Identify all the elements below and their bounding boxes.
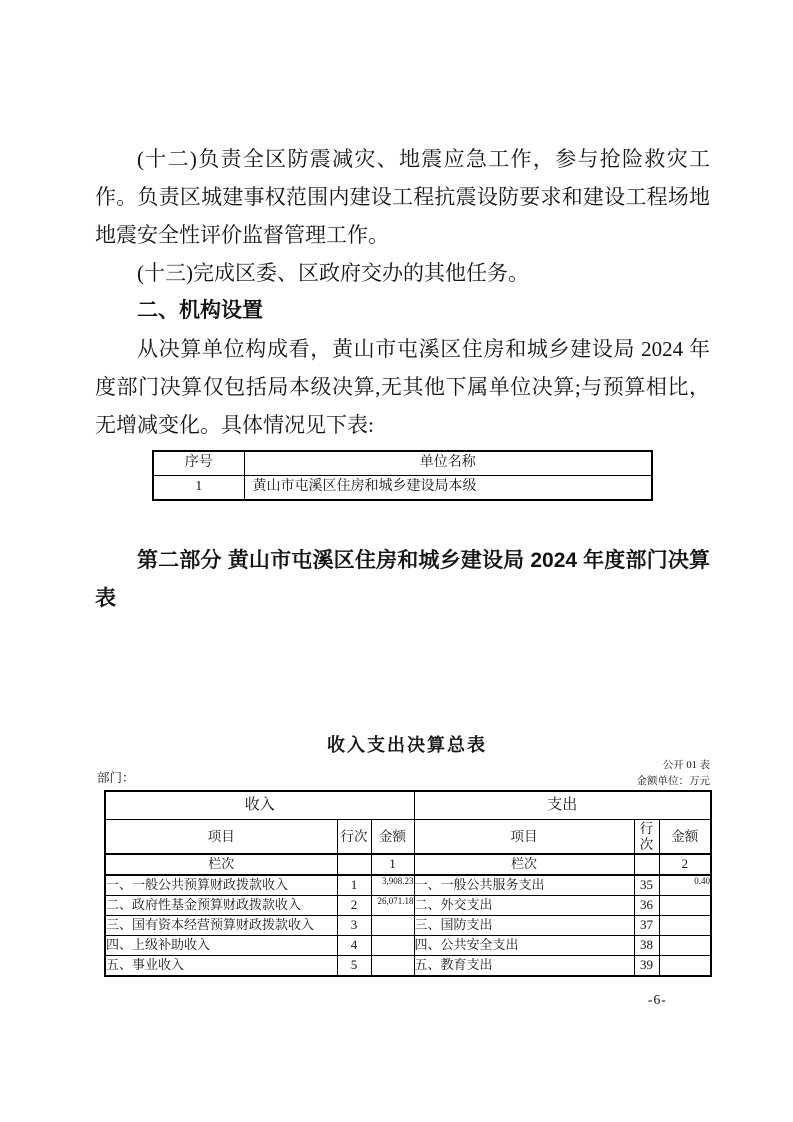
expense-item-cell: 一、一般公共服务支出 bbox=[414, 875, 634, 896]
statement-section-row: 收入 支出 bbox=[105, 791, 711, 820]
income-line-header: 行次 bbox=[337, 820, 371, 855]
expense-amount-cell bbox=[659, 896, 711, 916]
document-page: (十二)负责全区防震减灾、地震应急工作，参与抢险救灾工作。负责区城建事权范围内建… bbox=[0, 0, 793, 1122]
income-line-cell: 3 bbox=[337, 916, 371, 936]
income-item-cell: 三、国有资本经营预算财政拨款收入 bbox=[105, 916, 337, 936]
org-table-row: 1 黄山市屯溪区住房和城乡建设局本级 bbox=[153, 476, 652, 501]
income-line-cell: 1 bbox=[337, 875, 371, 896]
statement-columns-row: 项目 行次 金额 项目 行次 金额 bbox=[105, 820, 711, 855]
income-item-cell: 四、上级补助收入 bbox=[105, 936, 337, 956]
expense-amount-header: 金额 bbox=[659, 820, 711, 855]
paragraph-org-composition: 从决算单位构成看，黄山市屯溪区住房和城乡建设局 2024 年度部门决算仅包括局本… bbox=[95, 330, 710, 444]
org-table-header-name: 单位名称 bbox=[244, 451, 652, 476]
income-col-number-cell: 1 bbox=[371, 854, 414, 875]
income-amount-cell: 26,071.18 bbox=[371, 896, 414, 916]
statement-row: 二、政府性基金预算财政拨款收入 2 26,071.18 二、外交支出 36 bbox=[105, 896, 711, 916]
expense-item-cell: 二、外交支出 bbox=[414, 896, 634, 916]
income-line-cell: 4 bbox=[337, 936, 371, 956]
expense-item-cell: 三、国防支出 bbox=[414, 916, 634, 936]
statement-row: 三、国有资本经营预算财政拨款收入 3 三、国防支出 37 bbox=[105, 916, 711, 936]
expense-lanci-cell: 栏次 bbox=[414, 854, 634, 875]
expense-section-header: 支出 bbox=[414, 791, 711, 820]
income-item-cell: 五、事业收入 bbox=[105, 956, 337, 977]
income-line-cell: 2 bbox=[337, 896, 371, 916]
income-amount-header: 金额 bbox=[371, 820, 414, 855]
income-item-cell: 一、一般公共预算财政拨款收入 bbox=[105, 875, 337, 896]
income-amount-cell bbox=[371, 956, 414, 977]
expense-col-number-cell: 2 bbox=[659, 854, 711, 875]
org-table-header-no: 序号 bbox=[153, 451, 244, 476]
org-unit-no-cell: 1 bbox=[153, 476, 244, 501]
org-units-table: 序号 单位名称 1 黄山市屯溪区住房和城乡建设局本级 bbox=[152, 450, 653, 501]
expense-line-cell: 38 bbox=[634, 936, 659, 956]
expense-amount-cell bbox=[659, 916, 711, 936]
income-amount-cell bbox=[371, 916, 414, 936]
expense-line-header: 行次 bbox=[634, 820, 659, 855]
paragraph-duty-12: (十二)负责全区防震减灾、地震应急工作，参与抢险救灾工作。负责区城建事权范围内建… bbox=[95, 140, 710, 254]
expense-item-cell: 五、教育支出 bbox=[414, 956, 634, 977]
expense-amount-cell bbox=[659, 956, 711, 977]
income-lanci-line-cell bbox=[337, 854, 371, 875]
part2-heading: 第二部分 黄山市屯溪区住房和城乡建设局 2024 年度部门决算表 bbox=[95, 542, 710, 618]
expense-line-cell: 37 bbox=[634, 916, 659, 936]
income-item-header: 项目 bbox=[105, 820, 337, 855]
statement-table-code: 公开 01 表 bbox=[104, 757, 710, 772]
income-section-header: 收入 bbox=[105, 791, 414, 820]
expense-item-cell: 四、公共安全支出 bbox=[414, 936, 634, 956]
statement-unit-note: 金额单位：万元 bbox=[104, 773, 710, 788]
expense-item-header: 项目 bbox=[414, 820, 634, 855]
paragraph-duty-13: (十三)完成区委、区政府交办的其他任务。 bbox=[95, 254, 710, 292]
income-lanci-cell: 栏次 bbox=[105, 854, 337, 875]
statement-lanci-row: 栏次 1 栏次 2 bbox=[105, 854, 711, 875]
expense-line-cell: 39 bbox=[634, 956, 659, 977]
income-amount-cell: 3,908.23 bbox=[371, 875, 414, 896]
page-number: -6- bbox=[648, 992, 667, 1008]
statement-title: 收入支出决算总表 bbox=[104, 731, 710, 757]
expense-amount-cell: 0.40 bbox=[659, 875, 711, 896]
income-line-cell: 5 bbox=[337, 956, 371, 977]
expense-line-cell: 35 bbox=[634, 875, 659, 896]
statement-row: 五、事业收入 5 五、教育支出 39 bbox=[105, 956, 711, 977]
body-text-block: (十二)负责全区防震减灾、地震应急工作，参与抢险救灾工作。负责区城建事权范围内建… bbox=[95, 140, 710, 444]
org-table-header-row: 序号 单位名称 bbox=[153, 451, 652, 476]
income-amount-cell bbox=[371, 936, 414, 956]
statement-table: 收入 支出 项目 行次 金额 项目 行次 金额 栏次 1 栏次 2 一、一般公共… bbox=[104, 790, 712, 977]
statement-row: 一、一般公共预算财政拨款收入 1 3,908.23 一、一般公共服务支出 35 … bbox=[105, 875, 711, 896]
org-setup-heading: 二、机构设置 bbox=[95, 292, 710, 330]
expense-lanci-line-cell bbox=[634, 854, 659, 875]
org-unit-name-cell: 黄山市屯溪区住房和城乡建设局本级 bbox=[244, 476, 652, 501]
expense-amount-cell bbox=[659, 936, 711, 956]
statement-row: 四、上级补助收入 4 四、公共安全支出 38 bbox=[105, 936, 711, 956]
expense-line-cell: 36 bbox=[634, 896, 659, 916]
income-item-cell: 二、政府性基金预算财政拨款收入 bbox=[105, 896, 337, 916]
